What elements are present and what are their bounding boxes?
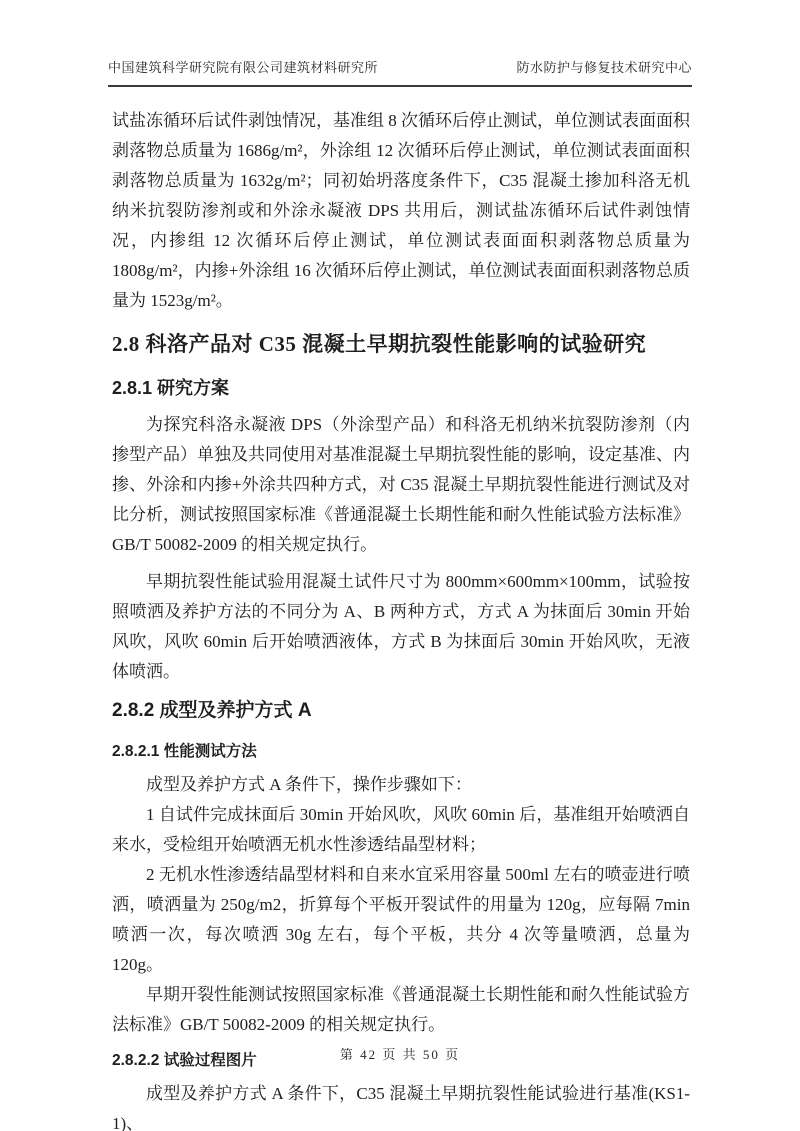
page-header: 中国建筑科学研究院有限公司建筑材料研究所 防水防护与修复技术研究中心 — [108, 0, 692, 87]
paragraph-test-groups: 成型及养护方式 A 条件下，C35 混凝土早期抗裂性能试验进行基准(KS1-1)… — [112, 1079, 690, 1131]
paragraph-specimen-size: 早期抗裂性能试验用混凝土试件尺寸为 800mm×600mm×100mm，试验按照… — [112, 567, 690, 687]
document-page: 中国建筑科学研究院有限公司建筑材料研究所 防水防护与修复技术研究中心 试盐冻循环… — [0, 0, 800, 1131]
paragraph-standard-reference: 早期开裂性能测试按照国家标准《普通混凝土长期性能和耐久性能试验方法标准》GB/T… — [112, 980, 690, 1040]
paragraph-salt-freeze-results: 试盐冻循环后试件剥蚀情况，基准组 8 次循环后停止测试，单位测试表面面积剥落物总… — [112, 106, 690, 316]
paragraph-step-1: 1 自试件完成抹面后 30min 开始风吹，风吹 60min 后，基准组开始喷洒… — [112, 800, 690, 860]
section-heading-2-8-1: 2.8.1 研究方案 — [112, 375, 690, 401]
paragraph-step-2: 2 无机水性渗透结晶型材料和自来水宜采用容量 500ml 左右的喷壶进行喷洒，喷… — [112, 860, 690, 980]
document-body: 试盐冻循环后试件剥蚀情况，基准组 8 次循环后停止测试，单位测试表面面积剥落物总… — [112, 84, 690, 1131]
page-number: 第 42 页 共 50 页 — [0, 1044, 800, 1063]
section-heading-2-8-2: 2.8.2 成型及养护方式 A — [112, 697, 690, 725]
paragraph-research-plan: 为探究科洛永凝液 DPS（外涂型产品）和科洛无机纳米抗裂防渗剂（内掺型产品）单独… — [112, 410, 690, 560]
paragraph-steps-intro: 成型及养护方式 A 条件下，操作步骤如下： — [112, 770, 690, 800]
header-institution-left: 中国建筑科学研究院有限公司建筑材料研究所 — [108, 57, 378, 76]
header-institution-right: 防水防护与修复技术研究中心 — [516, 57, 692, 76]
section-heading-2-8: 2.8 科洛产品对 C35 混凝土早期抗裂性能影响的试验研究 — [112, 328, 690, 360]
section-heading-2-8-2-1: 2.8.2.1 性能测试方法 — [112, 741, 690, 763]
